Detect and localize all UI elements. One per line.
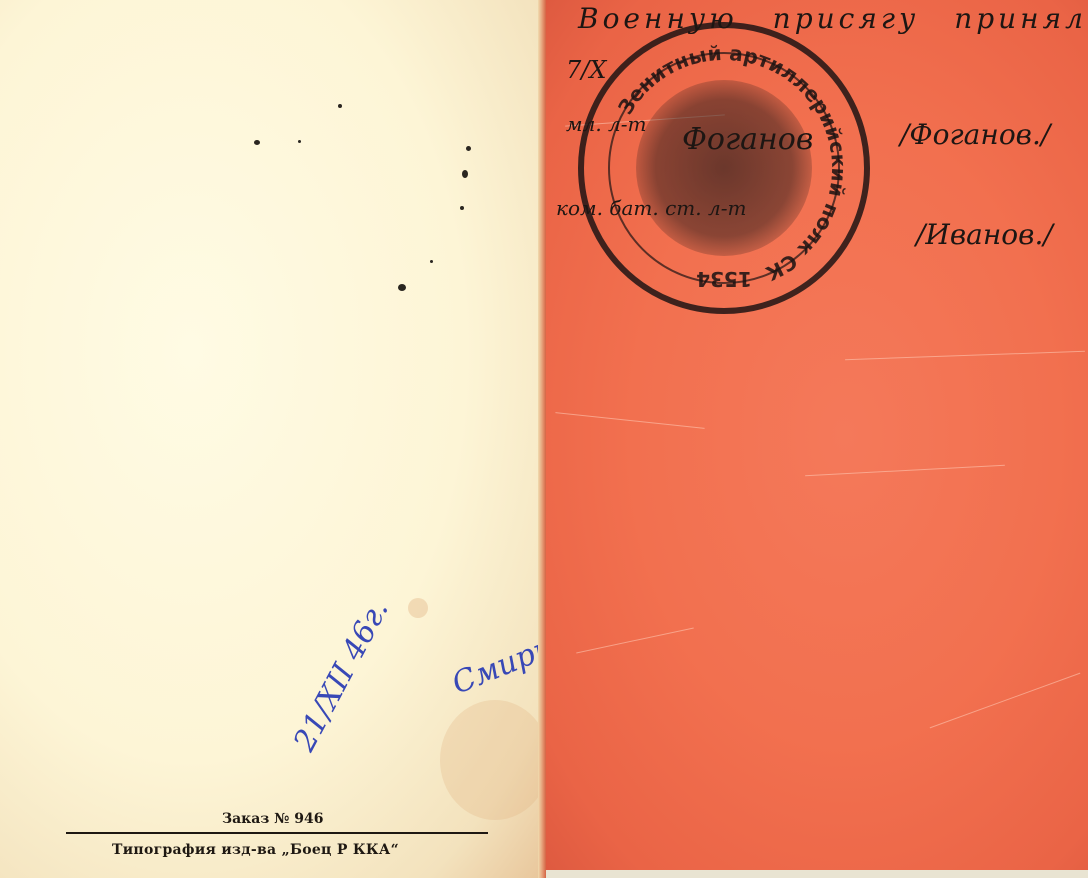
left-page: 21/XII 46г. Смирн Заказ № 946 Типография…: [0, 0, 545, 878]
ink-speck: [338, 104, 342, 108]
crease: [845, 351, 1085, 360]
officer1-title: мл. л-т: [566, 112, 647, 136]
ink-speck: [430, 260, 433, 263]
printer-imprint: Типография изд-ва „Боец Р ККА“: [112, 842, 399, 858]
stain: [408, 598, 428, 618]
svg-text:1534: 1534: [696, 267, 752, 291]
crease: [555, 412, 704, 429]
svg-text:Зенитный артиллерийский полк С: Зенитный артиллерийский полк СК: [613, 41, 851, 286]
official-stamp: Зенитный артиллерийский полк СК 1534: [578, 22, 870, 314]
oath-date: 7/X: [566, 56, 606, 84]
crease: [576, 628, 694, 654]
oath-heading: Военную присягу принял: [578, 2, 1087, 35]
divider: [66, 832, 488, 834]
officer1-name: /Фоганов./: [900, 118, 1050, 151]
officer2-name: /Иванов./: [916, 218, 1053, 251]
officer2-title: ком. бат. ст. л-т: [556, 196, 746, 220]
officer1-signature: Фоганов: [682, 122, 813, 157]
ink-speck: [462, 170, 468, 178]
ink-speck: [460, 206, 464, 210]
stain: [440, 700, 550, 820]
ink-speck: [398, 284, 406, 291]
ink-speck: [466, 146, 471, 151]
ink-speck: [298, 140, 301, 143]
handwritten-date: 21/XII 46г.: [287, 594, 396, 757]
crease: [805, 465, 1005, 476]
order-number: Заказ № 946: [222, 811, 323, 827]
spine: [538, 0, 546, 878]
stamp-text-ring: Зенитный артиллерийский полк СК 1534: [578, 22, 870, 314]
crease: [930, 673, 1081, 729]
ink-speck: [254, 140, 260, 145]
